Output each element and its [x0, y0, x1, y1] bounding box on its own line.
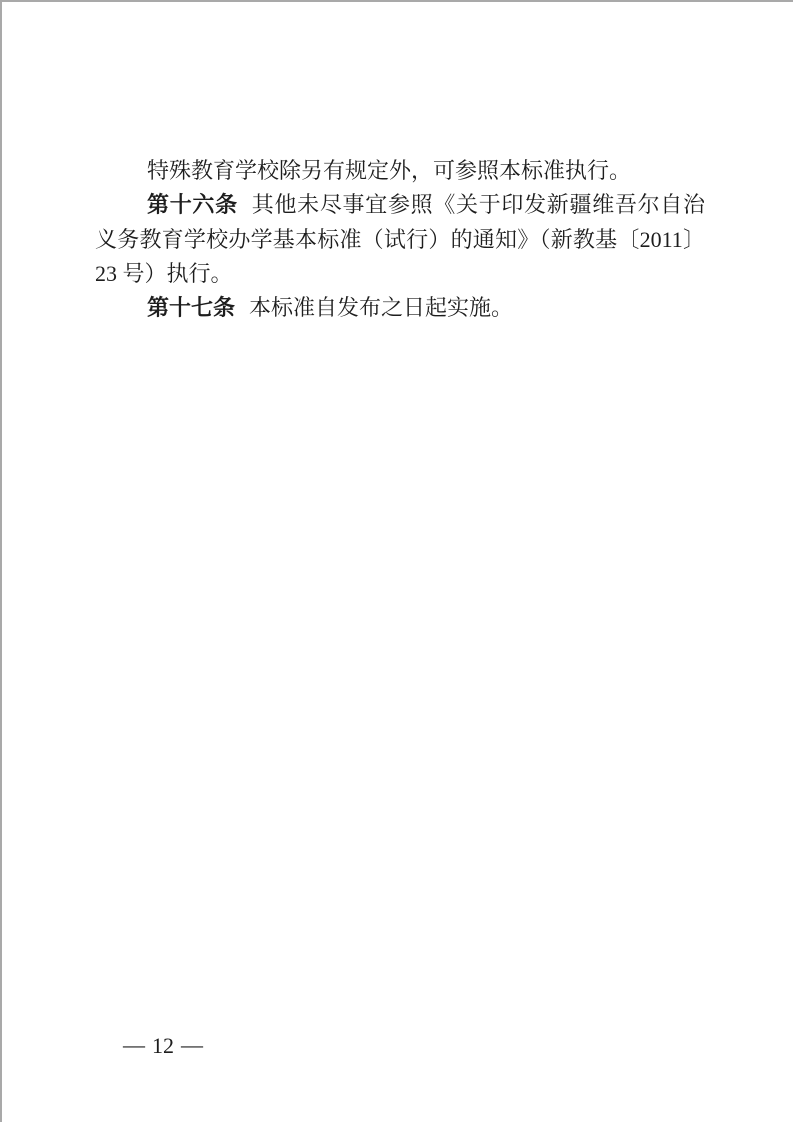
text-line: 23 号）执行。 [95, 257, 705, 291]
body-text: 特殊教育学校除另有规定外，可参照本标准执行。 [147, 158, 631, 183]
page-number-dash-right: — [181, 1032, 203, 1058]
article-number: 第十七条 [147, 295, 235, 320]
body-text: 23 号）执行。 [95, 261, 233, 286]
document-text: 特殊教育学校除另有规定外，可参照本标准执行。 第十六条其他未尽事宜参照《关于印发… [95, 154, 705, 325]
body-text: 本标准自发布之日起实施。 [249, 295, 513, 320]
body-text: 义务教育学校办学基本标准（试行）的通知》（新教基〔2011〕 [95, 227, 705, 252]
text-line: 第十七条本标准自发布之日起实施。 [95, 291, 705, 325]
page-number-dash-left: — [123, 1032, 145, 1058]
page-number: — 12 — [123, 1033, 203, 1059]
document-page: 特殊教育学校除另有规定外，可参照本标准执行。 第十六条其他未尽事宜参照《关于印发… [0, 0, 793, 1122]
text-line: 义务教育学校办学基本标准（试行）的通知》（新教基〔2011〕 [95, 223, 705, 257]
text-line: 第十六条其他未尽事宜参照《关于印发新疆维吾尔自治区 [95, 188, 705, 222]
page-number-value: 12 [152, 1033, 174, 1059]
article-number: 第十六条 [147, 192, 238, 217]
text-line: 特殊教育学校除另有规定外，可参照本标准执行。 [95, 154, 705, 188]
